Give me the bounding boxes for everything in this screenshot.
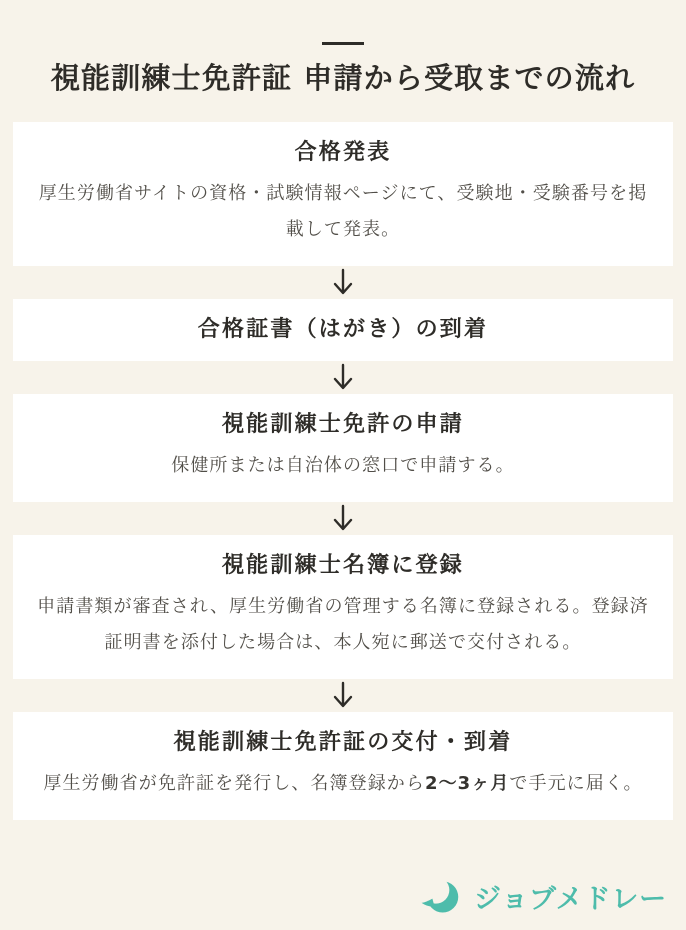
jobmedley-brand-name: ジョブメドレー	[474, 877, 667, 916]
jobmedley-crescent-logo-icon	[417, 874, 461, 918]
process-flow: 合格発表 厚生労働省サイトの資格・試験情報ページにて、受験地・受験番号を掲載して…	[13, 122, 673, 820]
down-arrow-icon	[329, 363, 357, 393]
flow-connector	[13, 679, 673, 712]
down-arrow-icon	[329, 504, 357, 534]
step-description: 厚生労働省が免許証を発行し、名簿登録から2～3ヶ月で手元に届く。	[37, 766, 649, 802]
page-title: 視能訓練士免許証 申請から受取までの流れ	[0, 61, 686, 95]
step-description-suffix: で手元に届く。	[509, 773, 642, 794]
flow-connector	[13, 361, 673, 394]
step-box-pass-announcement: 合格発表 厚生労働省サイトの資格・試験情報ページにて、受験地・受験番号を掲載して…	[13, 122, 673, 266]
step-description-emphasis: 2～3ヶ月	[425, 773, 509, 794]
step-description: 保健所または自治体の窓口で申請する。	[37, 448, 649, 484]
down-arrow-icon	[329, 681, 357, 711]
step-box-certificate-postcard: 合格証書（はがき）の到着	[13, 299, 673, 361]
step-description: 厚生労働省サイトの資格・試験情報ページにて、受験地・受験番号を掲載して発表。	[37, 176, 649, 248]
step-description-prefix: 厚生労働省が免許証を発行し、名簿登録から	[43, 773, 425, 794]
step-description: 申請書類が審査され、厚生労働省の管理する名簿に登録される。登録済証明書を添付した…	[37, 589, 649, 661]
flow-connector	[13, 502, 673, 535]
step-heading: 合格証書（はがき）の到着	[37, 317, 649, 343]
step-heading: 合格発表	[37, 140, 649, 166]
step-box-license-delivery: 視能訓練士免許証の交付・到着 厚生労働省が免許証を発行し、名簿登録から2～3ヶ月…	[13, 712, 673, 820]
brand-footer: ジョブメドレー	[0, 874, 667, 918]
step-box-license-application: 視能訓練士免許の申請 保健所または自治体の窓口で申請する。	[13, 394, 673, 502]
title-dash-divider	[322, 42, 364, 45]
infographic-flowchart: 視能訓練士免許証 申請から受取までの流れ 合格発表 厚生労働省サイトの資格・試験…	[0, 0, 686, 930]
flow-connector	[13, 266, 673, 299]
step-box-registry-registration: 視能訓練士名簿に登録 申請書類が審査され、厚生労働省の管理する名簿に登録される。…	[13, 535, 673, 679]
step-heading: 視能訓練士名簿に登録	[37, 553, 649, 579]
step-heading: 視能訓練士免許証の交付・到着	[37, 730, 649, 756]
step-heading: 視能訓練士免許の申請	[37, 412, 649, 438]
down-arrow-icon	[329, 268, 357, 298]
